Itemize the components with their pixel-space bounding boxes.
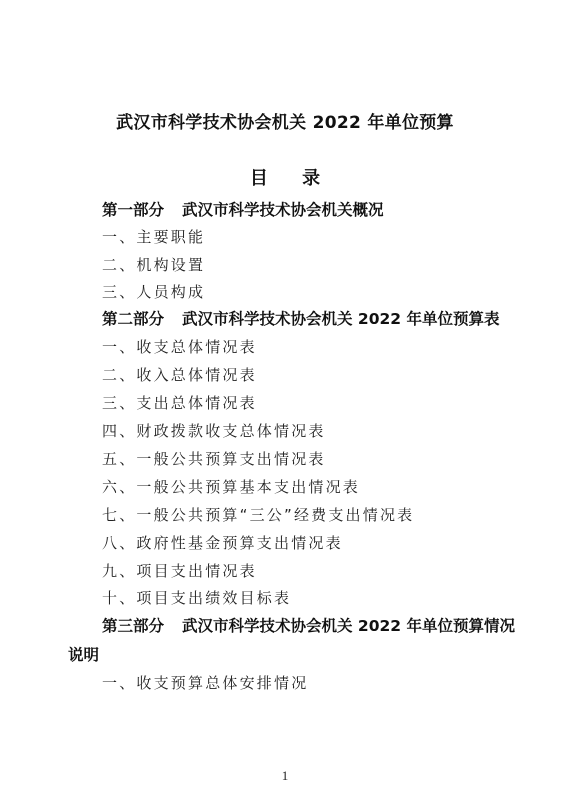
page-number: 1 xyxy=(0,768,570,784)
toc-part-2: 第二部分武汉市科学技术协会机关 2022 年单位预算表 xyxy=(102,307,499,329)
toc-item: 三、支出总体情况表 xyxy=(102,392,257,413)
toc-part-label: 第三部分 xyxy=(102,617,164,635)
toc-item: 一、收支总体情况表 xyxy=(102,336,257,357)
toc-item: 五、一般公共预算支出情况表 xyxy=(102,448,326,469)
toc-item: 四、财政拨款收支总体情况表 xyxy=(102,420,326,441)
toc-item: 八、政府性基金预算支出情况表 xyxy=(102,532,343,553)
toc-part-text: 武汉市科学技术协会机关概况 xyxy=(182,201,384,219)
toc-item: 三、人员构成 xyxy=(102,281,205,302)
toc-part-text: 武汉市科学技术协会机关 2022 年单位预算表 xyxy=(182,310,499,328)
toc-part-3: 第三部分武汉市科学技术协会机关 2022 年单位预算情况 xyxy=(102,614,515,636)
toc-item: 六、一般公共预算基本支出情况表 xyxy=(102,476,360,497)
toc-item: 二、机构设置 xyxy=(102,254,205,275)
document-title: 武汉市科学技术协会机关 2022 年单位预算 xyxy=(0,108,570,133)
toc-part-3-continuation: 说明 xyxy=(68,643,99,665)
toc-item: 九、项目支出情况表 xyxy=(102,560,257,581)
toc-heading: 目 录 xyxy=(0,164,570,190)
toc-part-label: 第二部分 xyxy=(102,310,164,328)
toc-item: 一、主要职能 xyxy=(102,226,205,247)
toc-item: 二、收入总体情况表 xyxy=(102,364,257,385)
document-page: 武汉市科学技术协会机关 2022 年单位预算 目 录 第一部分武汉市科学技术协会… xyxy=(0,0,570,802)
toc-item: 一、收支预算总体安排情况 xyxy=(102,672,308,693)
toc-part-1: 第一部分武汉市科学技术协会机关概况 xyxy=(102,198,384,220)
toc-item: 七、一般公共预算“三公”经费支出情况表 xyxy=(102,504,414,525)
toc-part-text: 武汉市科学技术协会机关 2022 年单位预算情况 xyxy=(182,617,515,635)
toc-item: 十、项目支出绩效目标表 xyxy=(102,587,291,608)
toc-part-label: 第一部分 xyxy=(102,201,164,219)
